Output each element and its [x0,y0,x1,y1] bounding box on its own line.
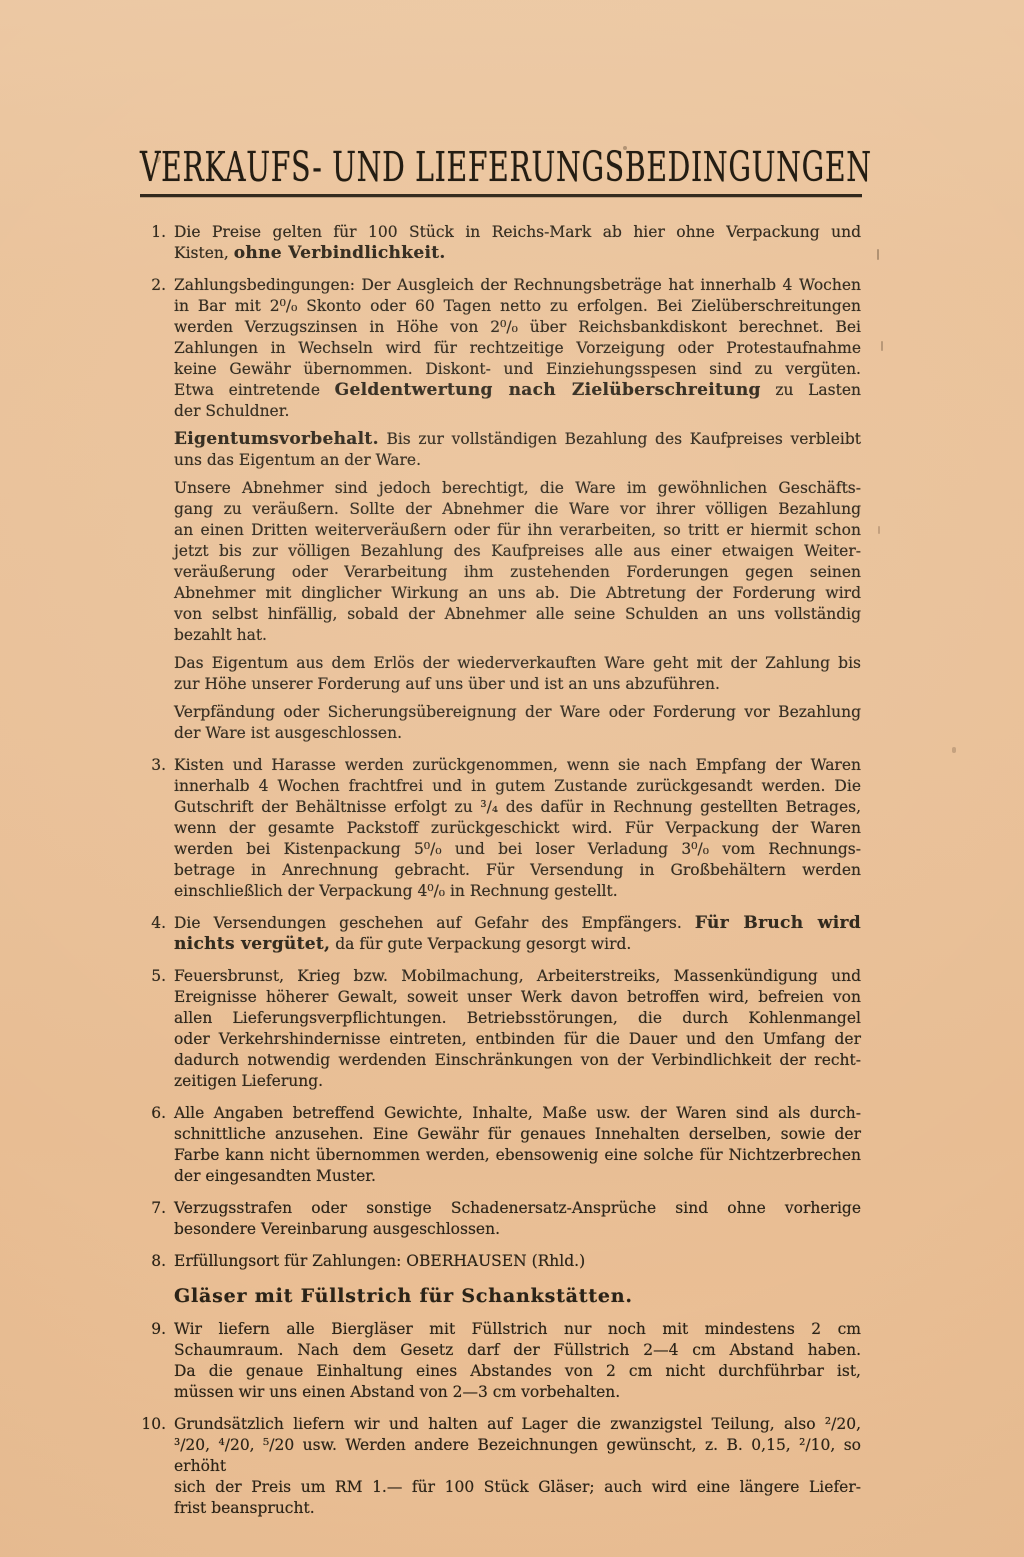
text-line: uns das Eigentum an der Ware. [174,450,861,471]
item-number: 8. [132,1251,174,1272]
text-line: Grundsätzlich liefern wir und halten auf… [174,1414,861,1435]
text-line: betrage in Anrechnung gebracht. Für Vers… [174,860,861,881]
term-item: 2.Zahlungsbedingungen: Der Ausgleich der… [132,275,862,422]
term-paragraph: Das Eigentum aus dem Erlös der wiederver… [132,653,862,695]
text-line: Gutschrift der Behältnisse erfolgt zu ³/… [174,797,861,818]
term-item: 4.Die Versendungen geschehen auf Gefahr … [132,913,862,955]
text-line: zeitigen Lieferung. [174,1071,861,1092]
text-line: Erfüllungsort für Zahlungen: OBERHAUSEN … [174,1251,861,1272]
text-line: Die Versendungen geschehen auf Gefahr de… [174,913,861,934]
item-number: 4. [132,913,174,955]
item-number [132,702,174,744]
text-line: Das Eigentum aus dem Erlös der wiederver… [174,653,861,674]
text-line: von selbst hinfällig, sobald der Abnehme… [174,604,861,625]
scan-artifact [881,341,883,351]
item-number [132,653,174,695]
text-line: nichts vergütet, da für gute Verpackung … [174,934,861,955]
document-page: VERKAUFS- UND LIEFERUNGSBEDINGUNGEN 1.Di… [0,0,1024,1557]
scan-artifact [877,249,879,260]
text-line: Etwa eintretende Geldentwertung nach Zie… [174,380,861,401]
scan-artifact [952,747,956,753]
item-number: 6. [132,1103,174,1187]
term-paragraph: Eigentumsvorbehalt. Bis zur vollständige… [132,429,862,471]
text-line: dadurch notwendig werdenden Einschränkun… [174,1050,861,1071]
text-line: allen Lieferungsverpflichtungen. Betrieb… [174,1008,861,1029]
text-line: werden Verzugszinsen in Höhe von 2⁰/₀ üb… [174,317,861,338]
text-line: oder Verkehrshindernisse eintreten, entb… [174,1029,861,1050]
text-line: Gläser mit Füllstrich für Schankstätten. [174,1284,861,1308]
text-line: Wir liefern alle Biergläser mit Füllstri… [174,1319,861,1340]
item-number: 7. [132,1198,174,1240]
item-number [132,478,174,646]
term-item: 1.Die Preise gelten für 100 Stück in Rei… [132,222,862,264]
term-item: 7.Verzugsstrafen oder sonstige Schadener… [132,1198,862,1240]
item-number: 3. [132,755,174,902]
text-line: Feuersbrunst, Krieg bzw. Mobilmachung, A… [174,966,861,987]
text-line: müssen wir uns einen Abstand von 2—3 cm … [174,1382,861,1403]
text-line: frist beansprucht. [174,1498,861,1519]
subsection-heading: Gläser mit Füllstrich für Schankstätten. [132,1284,862,1308]
text-line: Ereignisse höherer Gewalt, soweit unser … [174,987,861,1008]
text-line: der Schuldner. [174,401,861,422]
term-item: 5.Feuersbrunst, Krieg bzw. Mobilmachung,… [132,966,862,1092]
text-line: einschließlich der Verpackung 4⁰/₀ in Re… [174,881,861,902]
item-number [132,1284,174,1308]
text-line: jetzt bis zur völligen Bezahlung des Kau… [174,541,861,562]
text-line: der Ware ist ausgeschlossen. [174,723,861,744]
text-line: Zahlungsbedingungen: Der Ausgleich der R… [174,275,861,296]
text-line: veräußerung oder Verarbeitung ihm zusteh… [174,562,861,583]
text-line: in Bar mit 2⁰/₀ Skonto oder 60 Tagen net… [174,296,861,317]
text-line: keine Gewähr übernommen. Diskont- und Ei… [174,359,861,380]
term-item: 6.Alle Angaben betreffend Gewichte, Inha… [132,1103,862,1187]
item-number: 2. [132,275,174,422]
term-paragraph: Unsere Abnehmer sind jedoch berechtigt, … [132,478,862,646]
term-item: 3.Kisten und Harasse werden zurückgenomm… [132,755,862,902]
text-line: Verpfändung oder Sicherungsübereignung d… [174,702,861,723]
text-line: gang zu veräußern. Sollte der Abnehmer d… [174,499,861,520]
text-line: innerhalb 4 Wochen frachtfrei und in gut… [174,776,861,797]
text-line: wenn der gesamte Packstoff zurückgeschic… [174,818,861,839]
term-item: 8.Erfüllungsort für Zahlungen: OBERHAUSE… [132,1251,862,1272]
text-line: sich der Preis um RM 1.— für 100 Stück G… [174,1477,861,1498]
text-line: Kisten, ohne Verbindlichkeit. [174,243,861,264]
text-line: zur Höhe unserer Forderung auf uns über … [174,674,861,695]
text-line: schnittliche anzusehen. Eine Gewähr für … [174,1124,861,1145]
item-number: 9. [132,1319,174,1403]
text-line: ³/20, ⁴/20, ⁵/20 usw. Werden andere Beze… [174,1435,861,1477]
text-line: Eigentumsvorbehalt. Bis zur vollständige… [174,429,861,450]
page-title: VERKAUFS- UND LIEFERUNGSBEDINGUNGEN [140,146,872,189]
scan-artifact [878,526,880,534]
document-header: VERKAUFS- UND LIEFERUNGSBEDINGUNGEN [0,0,1024,197]
term-paragraph: Verpfändung oder Sicherungsübereignung d… [132,702,862,744]
text-line: Die Preise gelten für 100 Stück in Reich… [174,222,861,243]
term-item: 10.Grundsätzlich liefern wir und halten … [132,1414,862,1519]
item-number: 1. [132,222,174,264]
text-line: Farbe kann nicht übernommen werden, eben… [174,1145,861,1166]
text-line: an einen Dritten weiterveräußern oder fü… [174,520,861,541]
text-line: bezahlt hat. [174,625,861,646]
text-line: besondere Vereinbarung ausgeschlossen. [174,1219,861,1240]
item-number: 5. [132,966,174,1092]
text-line: Abnehmer mit dinglicher Wirkung an uns a… [174,583,861,604]
text-line: der eingesandten Muster. [174,1166,861,1187]
text-line: Kisten und Harasse werden zurückgenommen… [174,755,861,776]
terms-list: 1.Die Preise gelten für 100 Stück in Rei… [132,222,862,1519]
text-line: Zahlungen in Wechseln wird für rechtzeit… [174,338,861,359]
text-line: Alle Angaben betreffend Gewichte, Inhalt… [174,1103,861,1124]
text-line: Verzugsstrafen oder sonstige Schadenersa… [174,1198,861,1219]
title-rule [140,194,862,197]
item-number: 10. [132,1414,174,1519]
text-line: werden bei Kistenpackung 5⁰/₀ und bei lo… [174,839,861,860]
term-item: 9.Wir liefern alle Biergläser mit Füllst… [132,1319,862,1403]
item-number [132,429,174,471]
text-line: Schaumraum. Nach dem Gesetz darf der Fül… [174,1340,861,1361]
text-line: Unsere Abnehmer sind jedoch berechtigt, … [174,478,861,499]
text-line: Da die genaue Einhaltung eines Abstandes… [174,1361,861,1382]
